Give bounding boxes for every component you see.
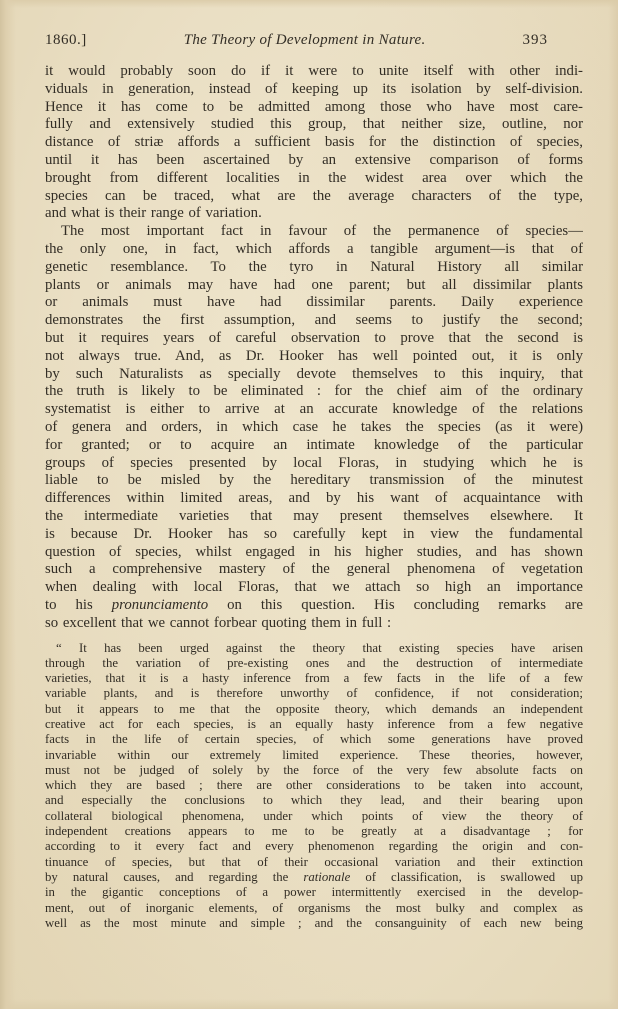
text-line: according to it every fact and every phe…	[45, 839, 583, 854]
text-segment: to his	[45, 597, 112, 613]
running-title: The Theory of Development in Nature.	[184, 30, 426, 50]
text-line: and what is their range of variation.	[45, 205, 583, 223]
text-line: Hence it has come to be admitted among t…	[45, 99, 583, 117]
text-line: through the variation of pre-existing on…	[45, 656, 583, 671]
text-line: or animals must have had dissimilar pare…	[45, 294, 583, 312]
text-line: variable plants, and is therefore unwort…	[45, 686, 583, 701]
text-line: the only one, in fact, which affords a t…	[45, 241, 583, 259]
text-line: is because Dr. Hooker has so carefully k…	[45, 526, 583, 544]
paragraph-permanence-of-species: The most important fact in favour of the…	[45, 223, 583, 632]
text-line: when dealing with local Floras, that we …	[45, 579, 583, 597]
text-segment: on this question. His concluding remarks…	[208, 597, 583, 613]
text-segment: of classification, is swallowed up	[350, 870, 583, 884]
text-line: in the gigantic conceptions of a power i…	[45, 885, 583, 900]
text-line: genetic resemblance. To the tyro in Natu…	[45, 259, 583, 277]
text-line: must not be judged of solely by the forc…	[45, 763, 583, 778]
text-line: ment, out of inorganic elements, of orga…	[45, 901, 583, 916]
text-segment: by natural causes, and regarding the	[45, 870, 303, 884]
text-line: question of species, whilst engaged in h…	[45, 544, 583, 562]
header-year: 1860.]	[45, 30, 87, 50]
text-line: but it requires years of careful observa…	[45, 330, 583, 348]
text-line: collateral biological phenomena, under w…	[45, 809, 583, 824]
text-line: for granted; or to acquire an intimate k…	[45, 437, 583, 455]
italic-word-rationale: rationale	[303, 870, 350, 884]
text-line: it would probably soon do if it were to …	[45, 63, 583, 81]
text-line: the intermediate varieties that may pres…	[45, 508, 583, 526]
text-line: which they are based ; there are other c…	[45, 778, 583, 793]
text-line: creative act for each species, is an equ…	[45, 717, 583, 732]
text-line: the truth is likely to be eliminated : f…	[45, 383, 583, 401]
text-line: demonstrates the first assumption, and s…	[45, 312, 583, 330]
text-line: such a comprehensive mastery of the gene…	[45, 561, 583, 579]
text-line: “ It has been urged against the theory t…	[45, 641, 583, 656]
text-line: until it has been ascertained by an exte…	[45, 152, 583, 170]
text-line: so excellent that we cannot forbear quot…	[45, 615, 583, 633]
text-line: liable to be misled by the hereditary tr…	[45, 472, 583, 490]
running-header: 1860.] The Theory of Development in Natu…	[45, 30, 583, 50]
text-line: viduals in generation, instead of keepin…	[45, 81, 583, 99]
text-line: of genera and orders, in which case he t…	[45, 419, 583, 437]
text-line: not always true. And, as Dr. Hooker has …	[45, 348, 583, 366]
text-line: groups of species presented by local Flo…	[45, 455, 583, 473]
text-line: plants or animals may have had one paren…	[45, 277, 583, 295]
text-line: fully and extensively studied this group…	[45, 116, 583, 134]
text-line: brought from different localities in the…	[45, 170, 583, 188]
text-line: distance of striæ affords a sufficient b…	[45, 134, 583, 152]
text-line: but it appears to me that the opposite t…	[45, 702, 583, 717]
text-line: by such Naturalists as specially devote …	[45, 366, 583, 384]
page-body: it would probably soon do if it were to …	[45, 63, 583, 931]
text-line: The most important fact in favour of the…	[45, 223, 583, 241]
text-line: well as the most minute and simple ; and…	[45, 916, 583, 931]
italic-word-pronunciamento: pronunciamento	[112, 597, 208, 613]
text-line: tinuance of species, but that of their o…	[45, 855, 583, 870]
page-content-area: 1860.] The Theory of Development in Natu…	[0, 0, 618, 1009]
page-number: 393	[523, 30, 549, 50]
text-line: species can be traced, what are the aver…	[45, 188, 583, 206]
text-line: and especially the conclusions to which …	[45, 793, 583, 808]
text-line: invariable within our extremely limited …	[45, 748, 583, 763]
text-line-with-italic: to his pronunciamento on this question. …	[45, 597, 583, 615]
text-line: facts in the life of certain species, of…	[45, 732, 583, 747]
text-line-with-italic: by natural causes, and regarding the rat…	[45, 870, 583, 885]
scanned-book-page: 1860.] The Theory of Development in Natu…	[0, 0, 618, 1009]
text-line: differences within limited areas, and by…	[45, 490, 583, 508]
text-line: varieties, that it is a hasty inference …	[45, 671, 583, 686]
text-line: systematist is either to arrive at an ac…	[45, 401, 583, 419]
block-quote-hooker: “ It has been urged against the theory t…	[45, 641, 583, 932]
text-line: independent creations appears to me to b…	[45, 824, 583, 839]
paragraph-continuation: it would probably soon do if it were to …	[45, 63, 583, 223]
